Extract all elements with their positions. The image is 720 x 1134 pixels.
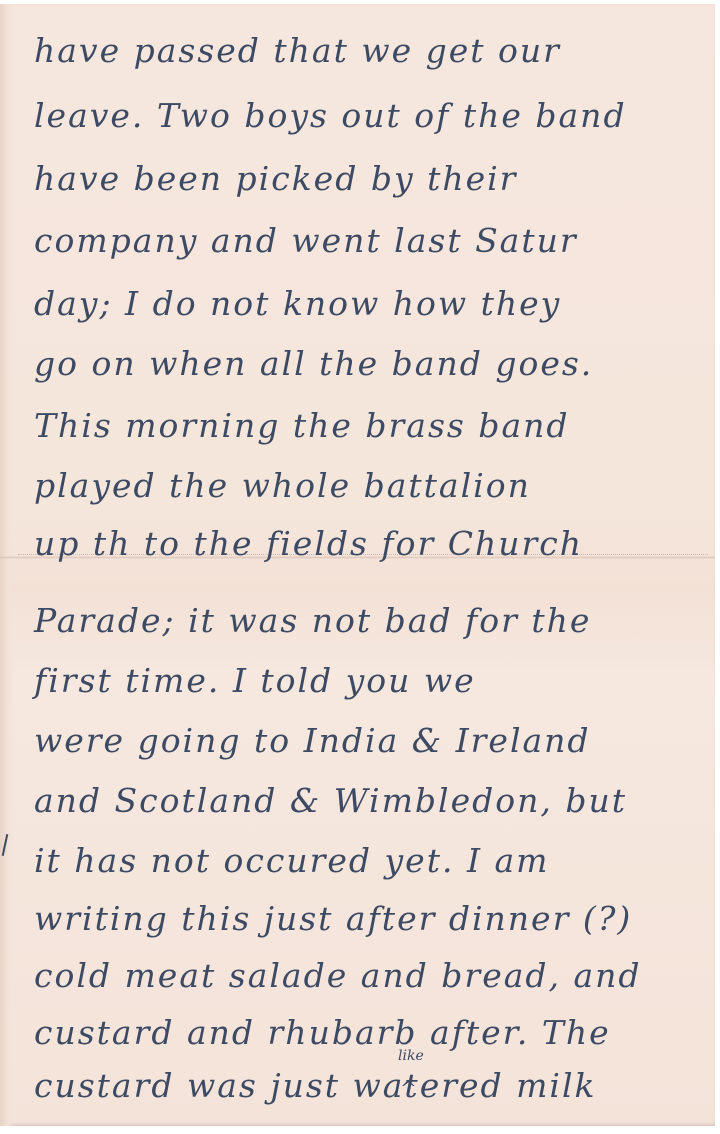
- handwritten-line: up th to the fields for Church: [34, 527, 583, 560]
- handwritten-line: day; I do not know how they: [34, 287, 561, 320]
- handwritten-line: first time. I told you we: [34, 664, 476, 697]
- handwritten-line: have passed that we get our: [34, 34, 561, 67]
- handwritten-line: have been picked by their: [34, 162, 517, 195]
- handwritten-line: go on when all the band goes.: [34, 347, 593, 380]
- handwritten-line: custard was just watered milk: [34, 1069, 597, 1102]
- handwritten-line: leave. Two boys out of the band: [34, 99, 627, 132]
- letter-page: have passed that we get our leave. Two b…: [0, 4, 715, 1126]
- handwritten-line: writing this just after dinner (?): [34, 902, 632, 935]
- handwritten-line: cold meat salade and bread, and: [34, 959, 642, 992]
- handwritten-line: played the whole battalion: [34, 469, 531, 502]
- handwritten-line: it has not occured yet. I am: [34, 844, 549, 877]
- handwritten-line: were going to India & Ireland: [34, 724, 591, 757]
- handwritten-line: company and went last Satur: [34, 224, 578, 257]
- handwritten-line: Parade; it was not bad for the: [34, 604, 591, 637]
- handwritten-line: This morning the brass band: [34, 409, 570, 442]
- page-left-edge: [0, 4, 14, 1126]
- handwritten-line: and Scotland & Wimbledon, but: [34, 784, 627, 817]
- caret-mark: ^: [400, 1076, 417, 1100]
- inserted-word: like: [398, 1048, 424, 1064]
- handwritten-line: custard and rhubarb after. The: [34, 1016, 611, 1049]
